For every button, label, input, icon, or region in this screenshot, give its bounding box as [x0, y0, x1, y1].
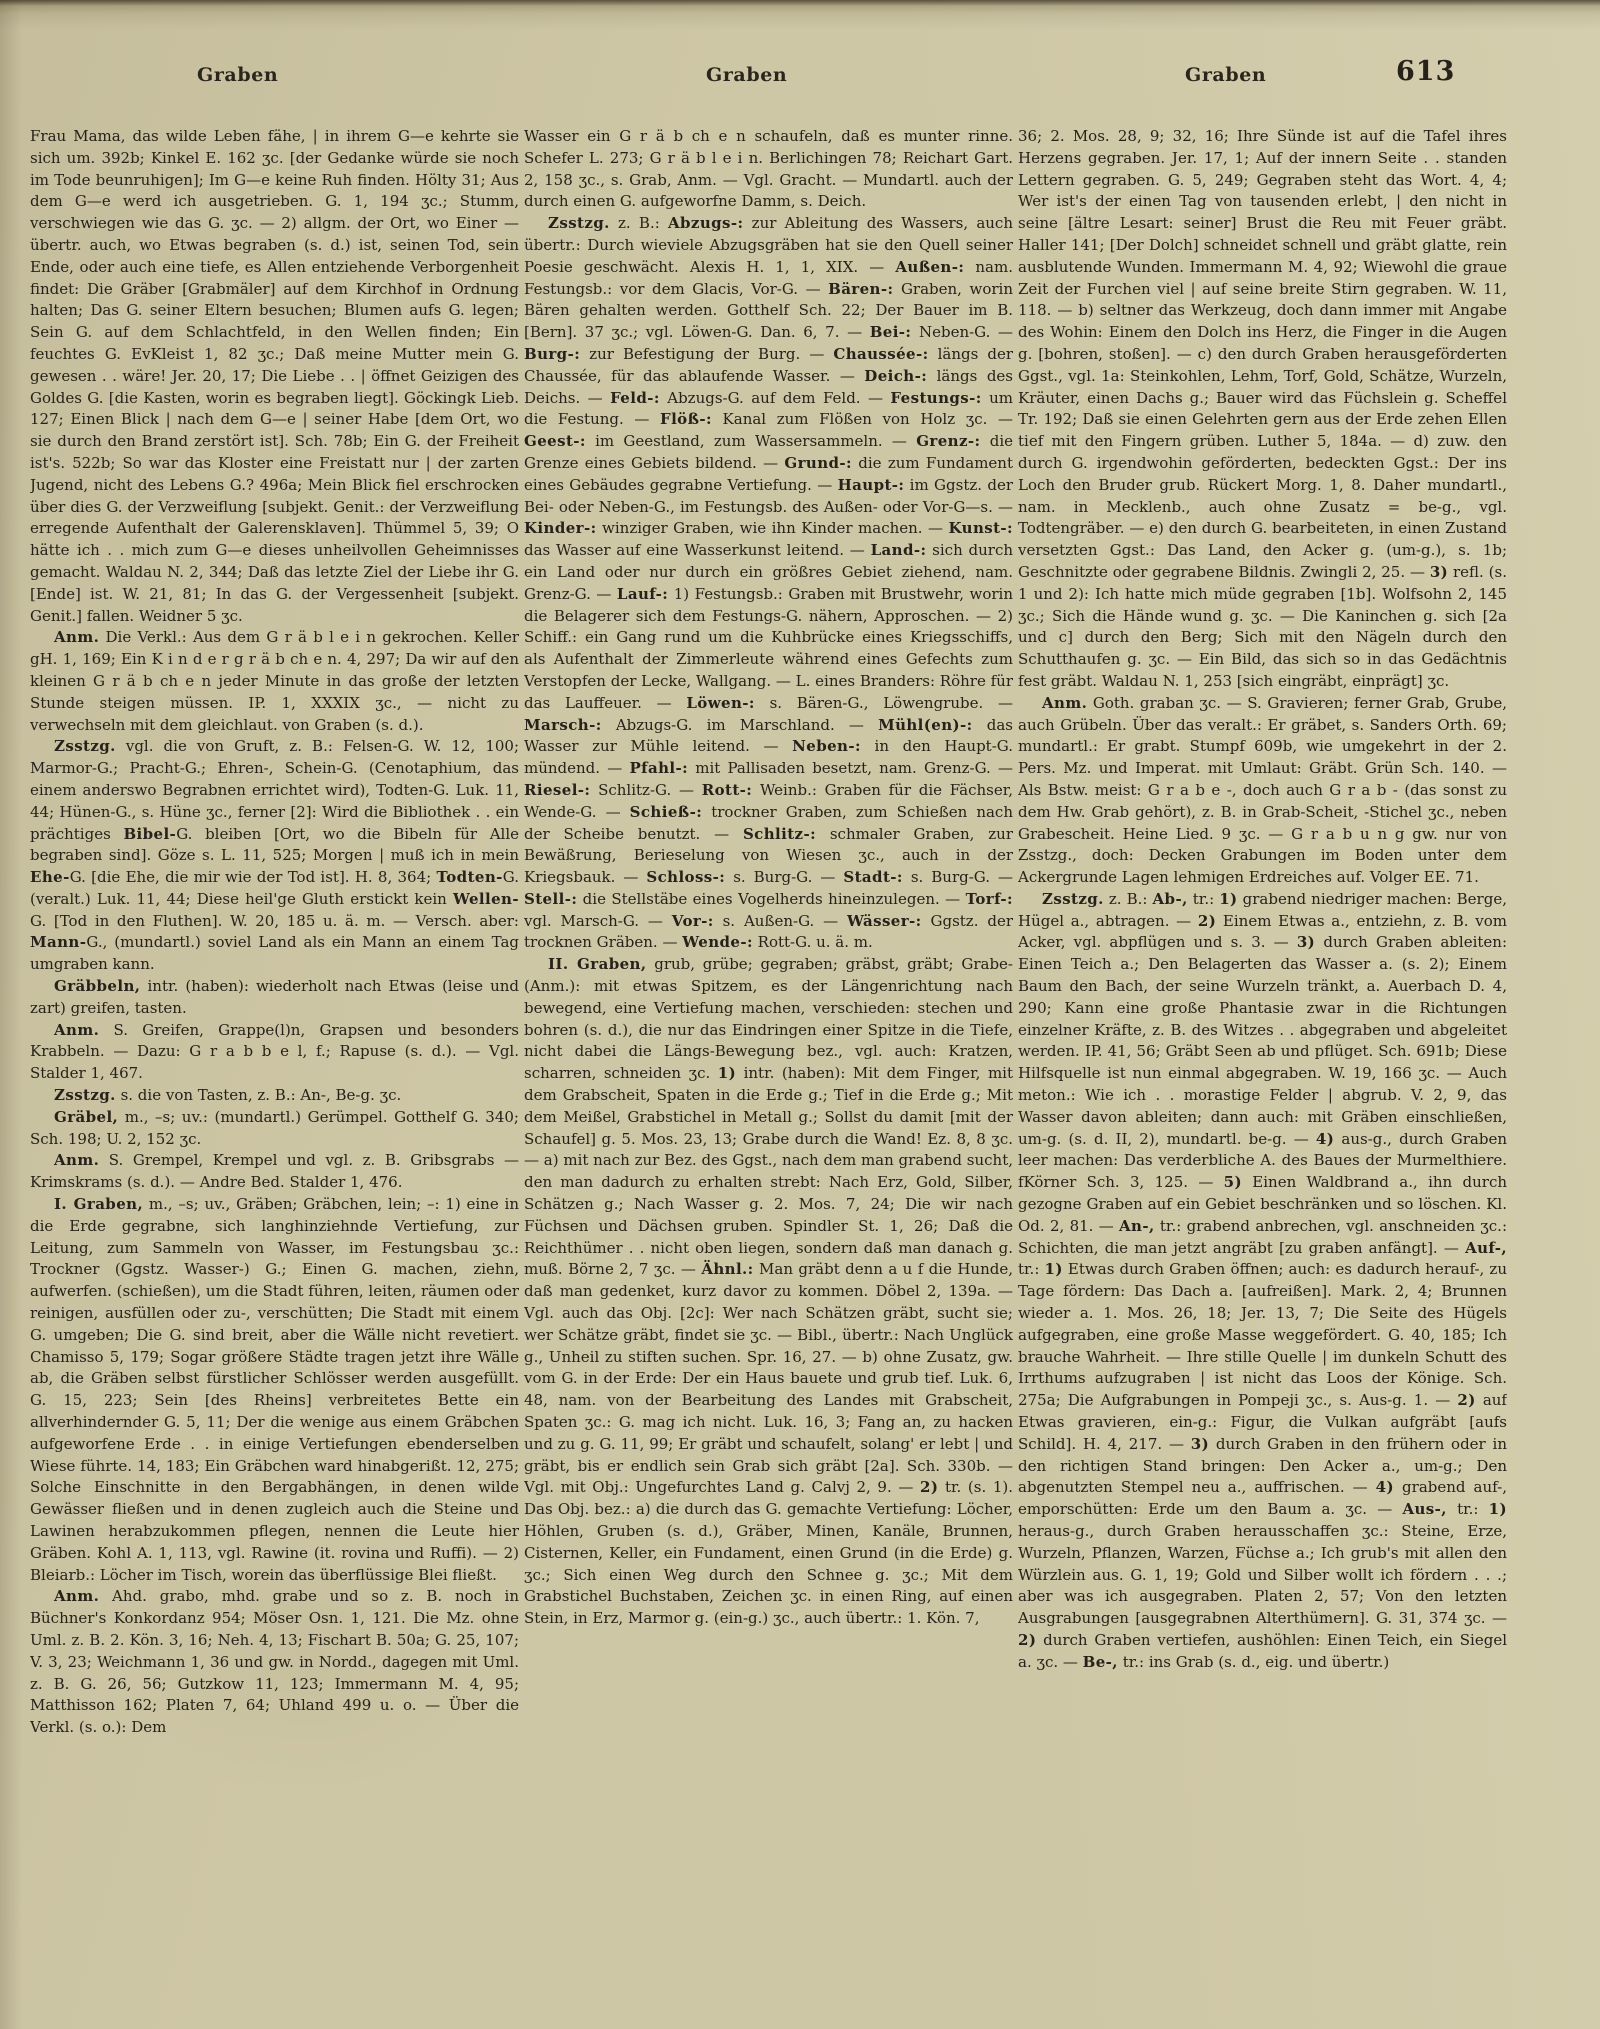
paragraph: Zsstzg. vgl. die von Gruft, z. B.: Felse… [30, 736, 519, 976]
paragraph: I. Graben, m., –s; uv., Gräben; Gräbchen… [30, 1194, 519, 1586]
paragraph: Zsstzg. z. B.: Ab-, tr.: 1) grabend nied… [1018, 889, 1507, 1674]
paragraph: Anm. Goth. graban ʒc. — S. Gravieren; fe… [1018, 693, 1507, 889]
paragraph: Gräbel, m., –s; uv.: (mundartl.) Gerümpe… [30, 1107, 519, 1151]
paragraph: Gräbbeln, intr. (haben): wiederholt nach… [30, 976, 519, 1020]
paragraph: II. Graben, grub, grübe; gegraben; gräbs… [524, 954, 1013, 1630]
paragraph: Anm. Die Verkl.: Aus dem G r ä b l e i n… [30, 627, 519, 736]
text-column-center: Wasser ein G r ä b ch e n schaufeln, daß… [524, 126, 1013, 1916]
paragraph: Anm. Ahd. grabo, mhd. grabe und so z. B.… [30, 1586, 519, 1739]
page-number: 613 [1396, 56, 1455, 87]
dictionary-page-scan: Graben Graben Graben 613 Frau Mama, das … [0, 0, 1600, 2029]
paragraph: Frau Mama, das wilde Leben fähe, | in ih… [30, 126, 519, 627]
paragraph: Anm. S. Grempel, Krempel und vgl. z. B. … [30, 1150, 519, 1194]
running-head-left: Graben [197, 64, 278, 86]
paragraph: Zsstzg. s. die von Tasten, z. B.: An-, B… [30, 1085, 519, 1107]
paragraph: Zsstzg. z. B.: Abzugs-: zur Ableitung de… [524, 213, 1013, 954]
text-column-right: 36; 2. Mos. 28, 9; 32, 16; Ihre Sünde is… [1018, 126, 1507, 1916]
running-head-right: Graben [1185, 64, 1266, 86]
text-column-left: Frau Mama, das wilde Leben fähe, | in ih… [30, 126, 519, 1916]
paragraph: Anm. S. Greifen, Grappe(l)n, Grapsen und… [30, 1020, 519, 1085]
paragraph: Wasser ein G r ä b ch e n schaufeln, daß… [524, 126, 1013, 213]
running-head-center: Graben [706, 64, 787, 86]
paragraph: 36; 2. Mos. 28, 9; 32, 16; Ihre Sünde is… [1018, 126, 1507, 693]
